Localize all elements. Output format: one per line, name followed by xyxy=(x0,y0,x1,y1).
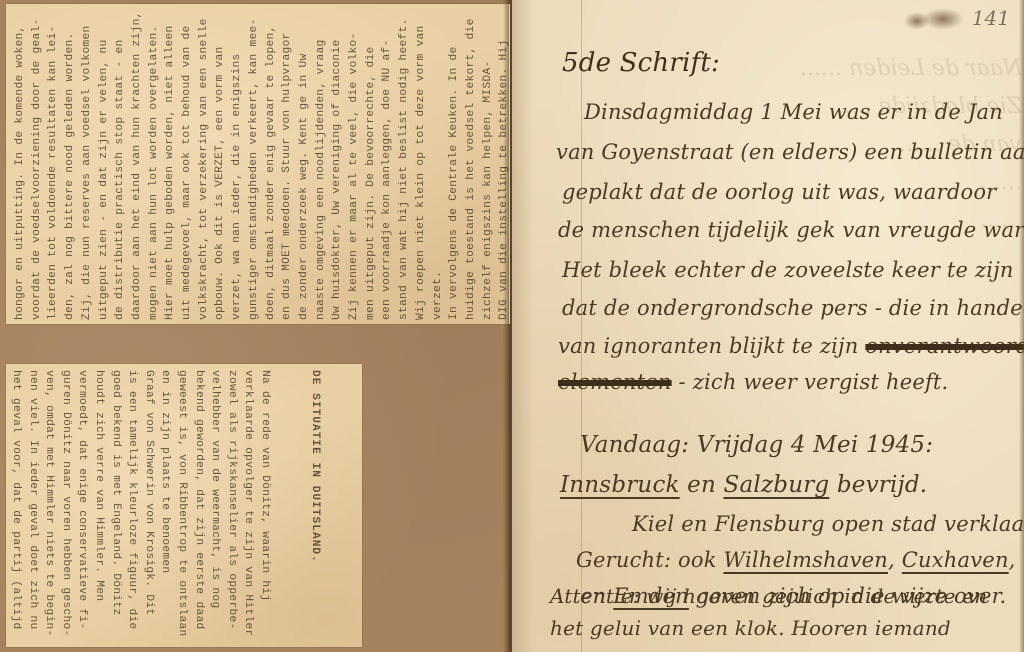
clipping-line: Wij roepen niet klein op tot deze vorm v… xyxy=(413,8,430,320)
clipping-line: velhebber van de weermacht, is nog xyxy=(207,370,224,647)
klok-line: het gelui van een klok. Hooren iemand xyxy=(550,616,951,640)
city-salzburg: Salzburg xyxy=(724,472,830,498)
clipping-line: guren Dönitz naar voren hebben gescho- xyxy=(57,370,74,647)
left-page-cardboard: hongor en uitputting. In de komende woke… xyxy=(0,0,512,652)
clipping-line: Zij, die nun reserves aan voedsel volkom… xyxy=(79,8,96,320)
clipping-line: is een tamelijk kleurloze figuur, die xyxy=(124,370,141,647)
clipping-line: daardoor aan het eind van hun krachten z… xyxy=(129,8,146,320)
clipping-line: en dus MOET meedoen. Stuur von hulpvrago… xyxy=(279,8,296,320)
entry-line-4: de menschen tijdelijk gek van vreugde wa… xyxy=(558,218,1024,242)
clipping-line: opbouw. Ook dit is VERZET, een vorm van xyxy=(212,8,229,320)
clipping-line: huidige toestand is het voedsel tekort, … xyxy=(463,8,480,320)
clipping-line: nen viel. In ieder geval doet zich nu xyxy=(24,370,41,647)
entry-line-2: van Goyenstraat (en elders) een bulletin… xyxy=(556,140,1024,164)
clipping-line: men uitgeput zijn. De bevoorrechte, die xyxy=(363,8,380,320)
clipping-heading: DE SITUATIE IN DUITSLAND. xyxy=(306,370,323,647)
clipping-line: zichzelf enigszins kan helpen, MISDA- xyxy=(480,8,497,320)
clipping-line: de distributie practisch stop staat - en xyxy=(112,8,129,320)
clipping-line: voordat de voedselvoorziening door de ge… xyxy=(29,8,46,320)
clipping-line: beschuldigd verantwoordelijk te zijn xyxy=(6,370,8,647)
clipping-line: het geval voor, dat de partij (altijd xyxy=(8,370,25,647)
clipping-line: gunstiger omstandigheden verkeert, kan m… xyxy=(246,8,263,320)
clipping-line: ven, omdat met Himmler niets te begin- xyxy=(41,370,58,647)
city-innsbruck: Innsbruck xyxy=(560,472,680,498)
clipping-line: lieerden tot voldoende resultaten kan le… xyxy=(45,8,62,320)
entry-line-3: geplakt dat de oorlog uit was, waardoor xyxy=(562,180,996,204)
clipping-line: een voorraadje kon aanleggen, doe NU af- xyxy=(379,8,396,320)
attentie-line: Attentie: wij hooren gejuich in de verte… xyxy=(550,584,987,608)
clipping-line: Graaf von Schwerin von Krosigk. Dit xyxy=(140,370,157,647)
clipping-line: stand van wat hij niet beslist nodig hee… xyxy=(396,8,413,320)
clipping-line: Na de rede van Dönitz, waarin hij xyxy=(256,370,273,647)
clipping-line: volkskracht, tot verzekering van een sne… xyxy=(196,8,213,320)
date-heading: Vandaag: Vrijdag 4 Mei 1945: xyxy=(580,432,933,458)
headline-liberation: Innsbruck en Salzburg bevrijd. xyxy=(560,472,927,498)
city-wilhelmshaven: Wilhelmshaven xyxy=(724,548,888,572)
clipping-line: naaste omgeving een noodlijdenden, vraag xyxy=(313,8,330,320)
clipping-line: goed bekend is met Engeland. Dönitz xyxy=(107,370,124,647)
entry-line-5: Het bleek echter de zoveelste keer te zi… xyxy=(562,258,1014,282)
clipping-line: uitgeput zien - en dat zijn er velen, nu xyxy=(96,8,113,320)
city-cuxhaven: Cuxhaven xyxy=(902,548,1009,572)
clipping-line: geweest is, von Ribbentrop te ontslaan xyxy=(173,370,190,647)
ink-stain xyxy=(904,12,930,30)
newspaper-clipping-bottom: DE SITUATIE IN DUITSLAND. Na de rede van… xyxy=(6,364,362,647)
newspaper-clipping-top: hongor en uitputting. In de komende woke… xyxy=(6,4,510,324)
entry-line-8: elementen - zich weer vergist heeft. xyxy=(558,370,948,394)
page-number: 141 xyxy=(972,6,1010,30)
clipping-line: DIG van die instelling te betrekken. Hij xyxy=(496,8,510,320)
clipping-line: vermoedt, dat enige conservatieve fi- xyxy=(74,370,91,647)
struck-out-word: onverantwoord xyxy=(865,334,1024,358)
clipping-line: mogen niet aan hun lot worden overgelate… xyxy=(146,8,163,320)
clipping-line: In vervolgens de Centrale Keuken. In de xyxy=(446,8,463,320)
clipping-line: den, zal nog bittere nood geleden worden… xyxy=(62,8,79,320)
clipping-line: Uw huisdokter, Uw vereniging of diaconie xyxy=(329,8,346,320)
clipping-line: Zij kennen er maar al te veel, die volko… xyxy=(346,8,363,320)
clipping-line: uit medegevoel, maar ook tot behoud van … xyxy=(179,8,196,320)
clipping-line: verklaarde opvolger te zijn van Hitler xyxy=(240,370,257,647)
struck-out-word: elementen xyxy=(558,370,672,394)
entry-line-7: van ignoranten blijkt te zijn onverantwo… xyxy=(558,334,1024,358)
clipping-line: verzet. xyxy=(430,8,447,320)
rumour-line: Gerucht: ook Wilhelmshaven, Cuxhaven, xyxy=(576,548,1016,572)
clipping-line: de zonder onderzoek weg. Kent ge in Uw xyxy=(296,8,313,320)
clipping-line: zowel als rijkskanselier als opperbe- xyxy=(223,370,240,647)
clipping-line: houdt zich verre van Himmler. Men xyxy=(91,370,108,647)
entry-line-1: Dinsdagmiddag 1 Mei was er in de Jan xyxy=(584,100,1003,124)
clipping-line: bekend geworden, dat zijn eerste daad xyxy=(190,370,207,647)
clipping-line: hongor en uitputting. In de komende woke… xyxy=(12,8,29,320)
clipping-line: en in zijn plaats te benoemen xyxy=(157,370,174,647)
clipping-line: doen, ditmaal zonder enig gevaar te lope… xyxy=(263,8,280,320)
notebook-title: 5de Schrift: xyxy=(562,48,720,78)
kiel-flensburg-line: Kiel en Flensburg open stad verklaard xyxy=(632,512,1024,536)
entry-line-6: dat de ondergrondsche pers - die in hand… xyxy=(562,296,1024,320)
right-page-handwritten: Naar de Leiden ...... Zie bladzijde ....… xyxy=(512,0,1024,652)
clipping-bottom-text: DE SITUATIE IN DUITSLAND. Na de rede van… xyxy=(6,370,356,647)
clipping-top-text: hongor en uitputting. In de komende woke… xyxy=(12,8,510,320)
clipping-line: Hier moet hulp geboden worden, niet alle… xyxy=(162,8,179,320)
clipping-line: verzet, wa nan ieder, die in enigszins xyxy=(229,8,246,320)
notebook-spread: hongor en uitputting. In de komende woke… xyxy=(0,0,1024,652)
